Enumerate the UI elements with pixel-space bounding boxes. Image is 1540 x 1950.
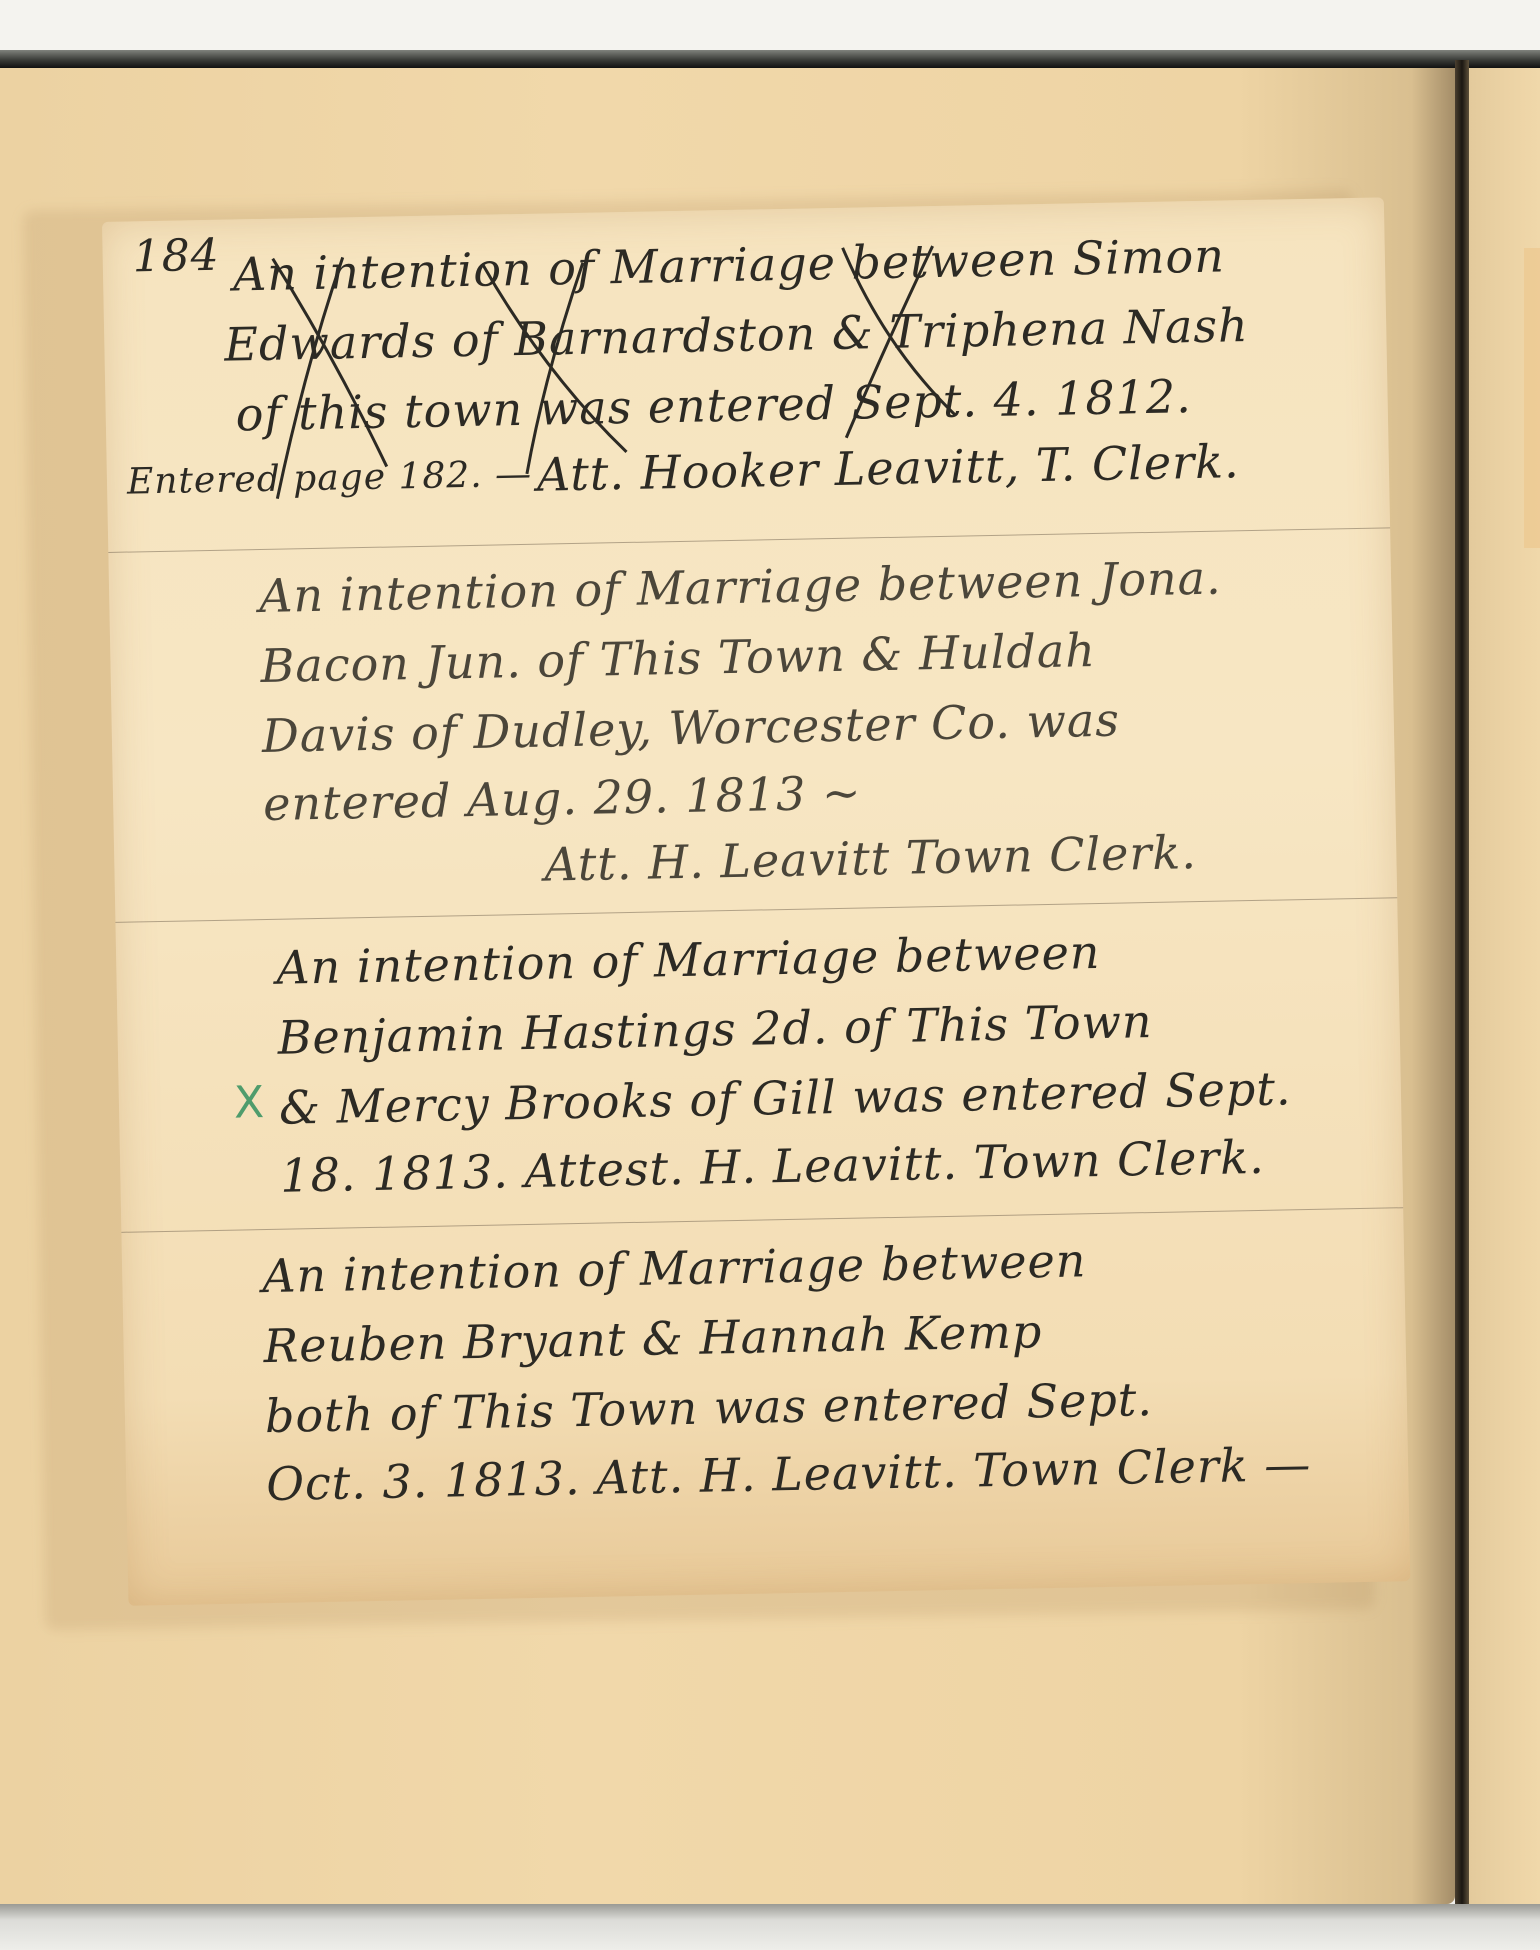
entry-line: & Mercy Brooks of Gill was entered Sept. <box>279 1061 1292 1134</box>
entry-line: Davis of Dudley, Worcester Co. was <box>261 693 1120 763</box>
entry-line: both of This Town was entered Sept. <box>264 1372 1153 1443</box>
scan-background-bottom <box>0 1904 1540 1950</box>
entry-line: 18. 1813. Attest. H. Leavitt. Town Clerk… <box>280 1130 1265 1203</box>
entry-line: entered Aug. 29. 1813 ~ <box>263 766 862 831</box>
entry-line: Oct. 3. 1813. Att. H. Leavitt. Town Cler… <box>266 1437 1312 1511</box>
entry-line: An intention of Marriage between Jona. <box>259 551 1222 623</box>
entry-line: Bacon Jun. of This Town & Huldah <box>260 623 1096 693</box>
ledger-page-right-edge <box>1469 68 1540 1904</box>
attestation: Att. H. Leavitt Town Clerk. <box>544 825 1197 892</box>
book-cover-edge <box>0 50 1540 68</box>
entry-divider <box>121 1207 1403 1233</box>
entry-line: Reuben Bryant & Hannah Kemp <box>263 1304 1043 1373</box>
cancellation-cross-marks <box>102 197 1390 542</box>
entry-line: An intention of Marriage between <box>262 1233 1087 1303</box>
book-gutter <box>1455 60 1469 1905</box>
entry-divider <box>115 897 1397 923</box>
entry-line: An intention of Marriage between <box>276 925 1101 995</box>
green-check-x-mark: X <box>233 1077 264 1129</box>
paper-stain <box>1524 248 1540 548</box>
tipped-in-record-slip: 184 An intention of Marriage between Sim… <box>102 197 1410 1605</box>
entry-line: Benjamin Hastings 2d. of This Town <box>277 994 1153 1065</box>
